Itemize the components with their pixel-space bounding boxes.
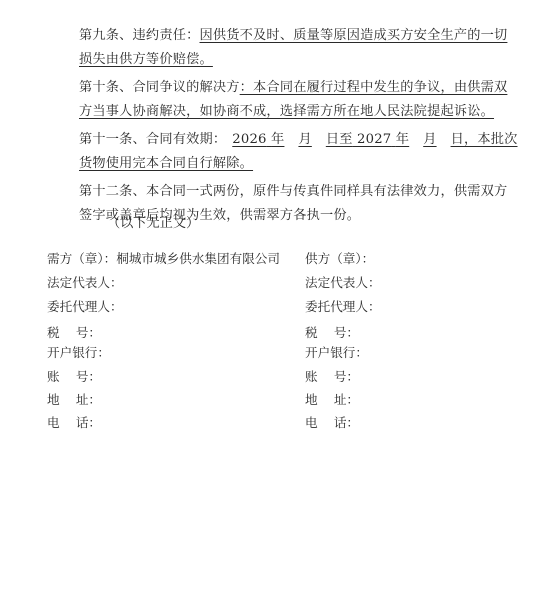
start-year: 2026 [232,132,266,147]
end-year: 2027 [357,132,391,147]
clause-9: 第九条、违约责任：因供货不及时、质量等原因造成买方安全生产的一切损失由供方等价赔… [79,24,519,72]
buyer-account: 账号： [47,368,101,386]
buyer-bank: 开户银行： [47,344,110,362]
buyer-tax-no: 税号： [47,324,101,342]
buyer-address: 地址： [47,391,101,409]
buyer-seal-row: 需方（章）：桐城市城乡供水集团有限公司 [47,250,280,268]
supplier-seal-row: 供方（章）： [305,250,374,268]
clause-9-label: 第九条、违约责任： [79,28,200,43]
clause-11-label: 第十一条、合同有效期： [79,132,226,147]
contract-clauses: 第九条、违约责任：因供货不及时、质量等原因造成买方安全生产的一切损失由供方等价赔… [79,24,519,232]
clause-10: 第十条、合同争议的解决方：本合同在履行过程中发生的争议，由供需双方当事人协商解决… [79,76,519,124]
supplier-agent: 委托代理人： [305,298,381,316]
supplier-tax-no: 税号： [305,324,359,342]
clause-12-label: 第十二条、 [79,184,146,199]
buyer-legal-rep: 法定代表人： [47,274,123,292]
buyer-phone: 电话： [47,414,101,432]
contract-page: 第九条、违约责任：因供货不及时、质量等原因造成买方安全生产的一切损失由供方等价赔… [0,0,551,596]
supplier-account: 账号： [305,368,359,386]
end-of-text-note: （以下无正文） [107,212,199,236]
buyer-name: 桐城市城乡供水集团有限公司 [116,251,280,266]
supplier-phone: 电话： [305,414,359,432]
supplier-address: 地址： [305,391,359,409]
supplier-legal-rep: 法定代表人： [305,274,381,292]
buyer-agent: 委托代理人： [47,298,123,316]
clause-10-label: 第十条、合同争议的解决方 [79,80,240,95]
supplier-bank: 开户银行： [305,344,368,362]
clause-11: 第十一条、合同有效期：2026 年月日至 2027 年月日，本批次货物使用完本合… [79,128,519,176]
